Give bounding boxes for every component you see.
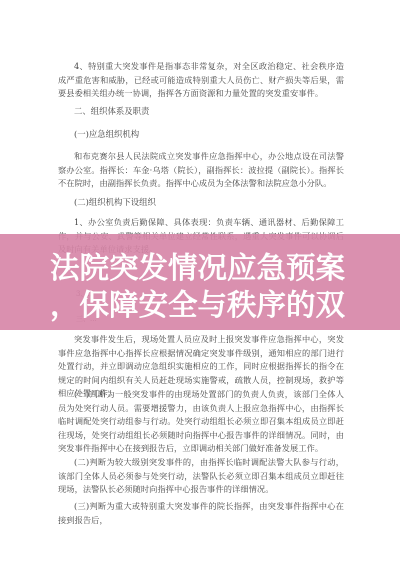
paragraph-organization: 和布克赛尔县人民法院成立突发事件应急指挥中心，办公地点设在司法警察办公室。指挥长… (58, 150, 344, 191)
paragraph-item-4: 4、特别重大突发事件是指事态非常复杂，对全区政治稳定、社会秩序造成严重危害和威胁… (58, 60, 344, 101)
title-banner: 法院突发情况应急预案 ，保障安全与秩序的双 (0, 234, 400, 330)
subsection-heading-sub-organizations: (二)组织机构下设组织 (74, 196, 156, 208)
banner-title-line-2: ，保障安全与秩序的双 (50, 288, 354, 322)
document-page: 4、特别重大突发事件是指事态非常复杂，对全区政治稳定、社会秩序造成严重危害和威胁… (0, 0, 400, 566)
paragraph-severe-incident: (三)判断为重大或特别重大突发事件的院长指挥，由突发事件指挥中心在接到报告后， (58, 500, 344, 527)
subsection-heading-emergency-organization: (一)应急组织机构 (74, 128, 139, 140)
section-heading-organization: 二、组织体系及职责 (74, 105, 149, 117)
paragraph-general-incident: (一)判断为一般突发事件的由现场处置部门的负责人负责，该部门全体人员为处突行动人… (58, 388, 344, 456)
paragraph-major-incident: (二)判断为较大级别突发事件的，由指挥长临时调配法警大队参与行动，该部门全体人员… (58, 456, 344, 497)
banner-title-line-1: 法院突发情况应急预案 (50, 251, 354, 285)
